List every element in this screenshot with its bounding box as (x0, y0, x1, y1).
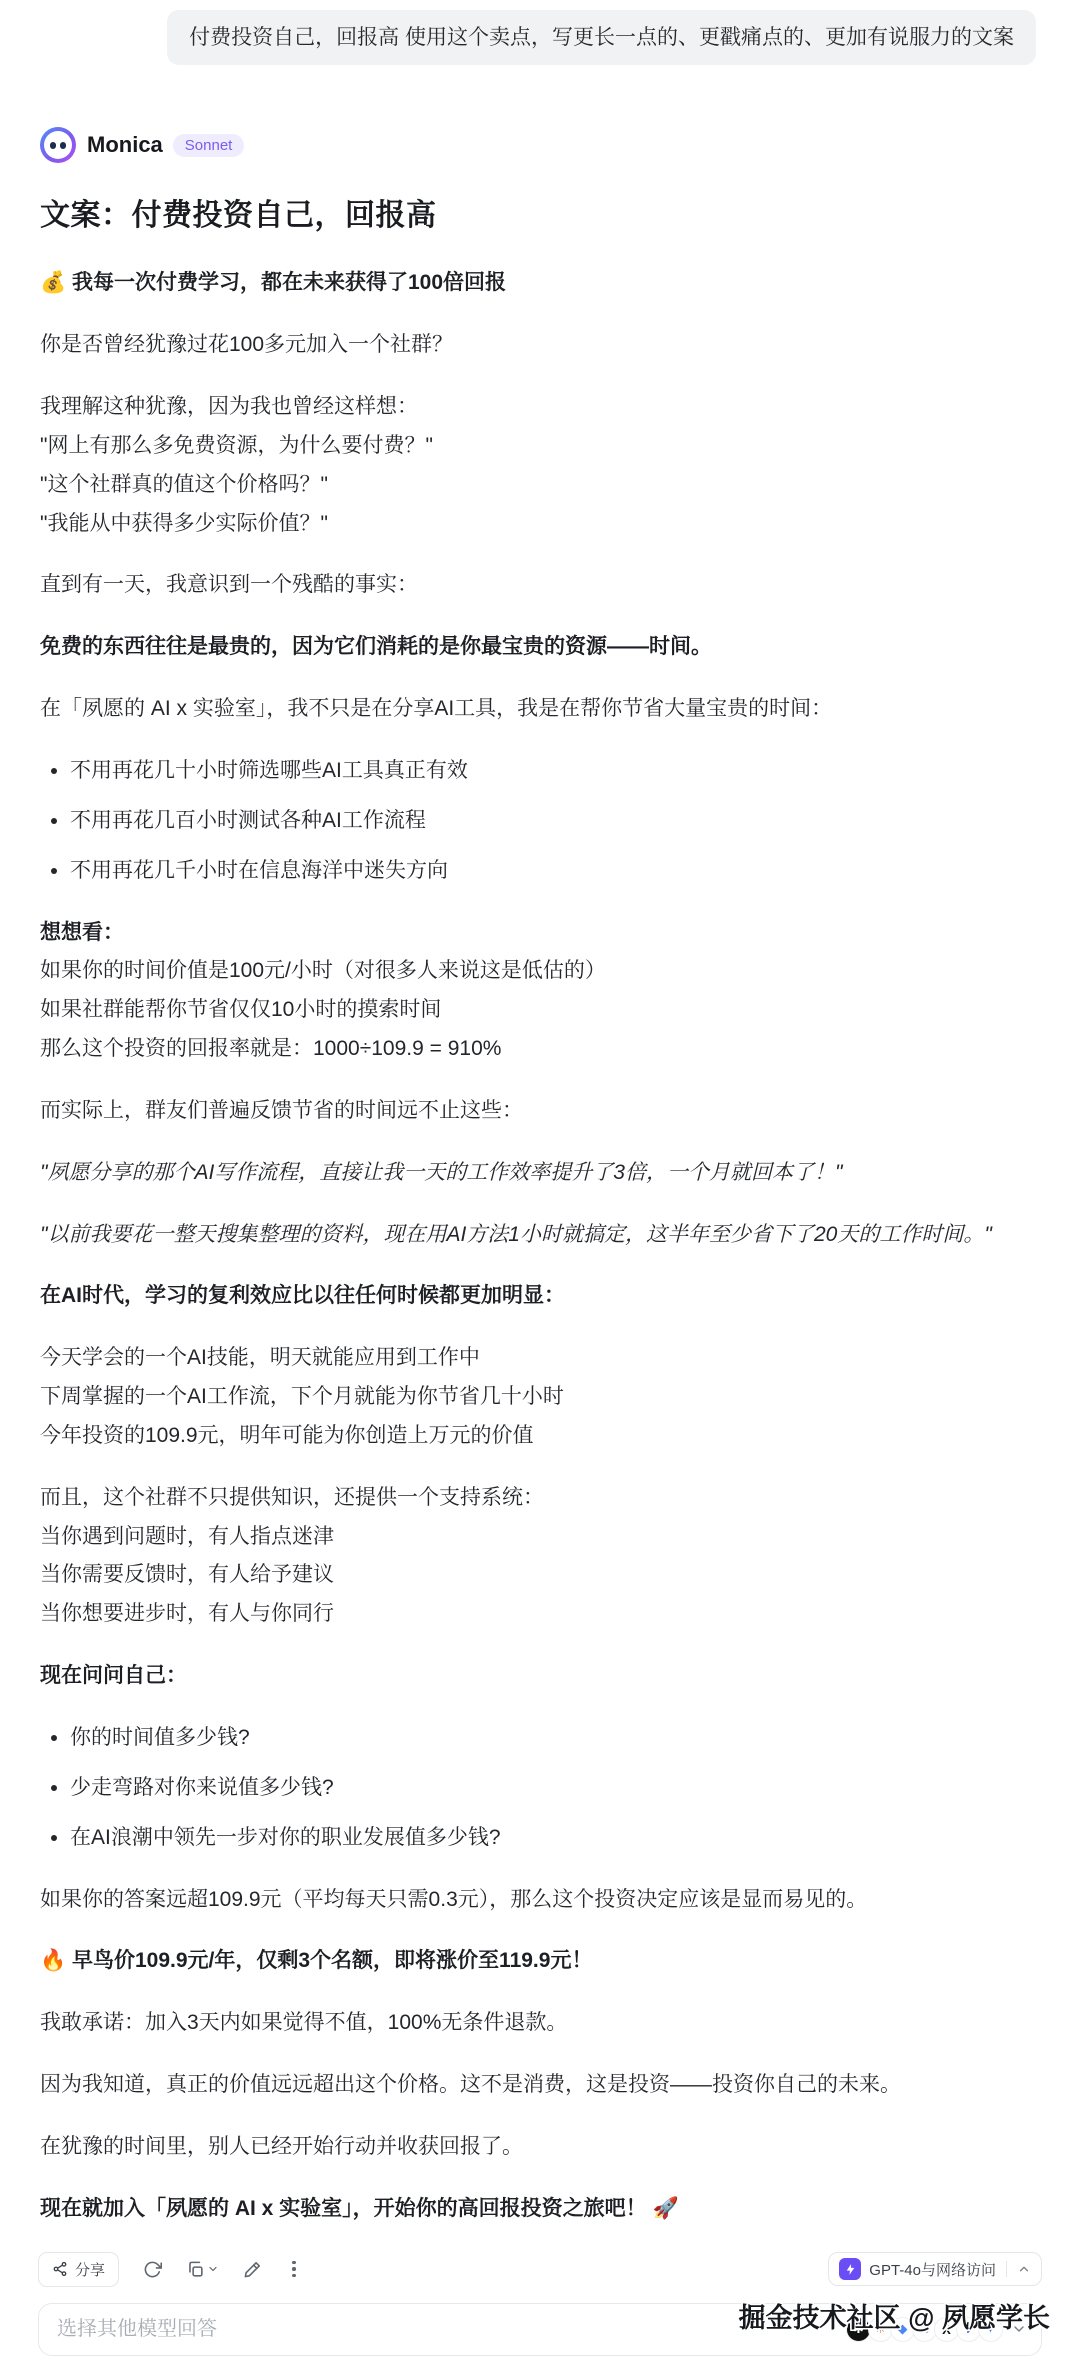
ask-other-model-input[interactable] (57, 2318, 846, 2341)
rewrite-button[interactable] (243, 2260, 262, 2279)
paragraph: 如果你的时间价值是100元/小时（对很多人来说这是低估的）如果社群能帮你节省仅仅… (40, 952, 1036, 1069)
model-badge: Sonnet (173, 134, 245, 157)
paragraph: 我敢承诺：加入3天内如果觉得不值，100%无条件退款。 (40, 2004, 1036, 2043)
user-message-row: 付费投资自己，回报高 使用这个卖点，写更长一点的、更戳痛点的、更加有说服力的文案 (0, 0, 1080, 65)
collapse-chevron-up-icon (1017, 2262, 1031, 2276)
paragraph: 而且，这个社群不只提供知识，还提供一个支持系统：当你遇到问题时，有人指点迷津当你… (40, 1479, 1036, 1634)
paragraph: 你是否曾经犹豫过花100多元加入一个社群？ (40, 326, 1036, 365)
copy-button[interactable] (186, 2260, 219, 2279)
copy-options-chevron-icon (207, 2263, 219, 2275)
paragraph: 直到有一天，我意识到一个残酷的事实： (40, 566, 1036, 605)
watermark: 掘金技术社区 @ 夙愿学长 (739, 2296, 1050, 2335)
bold-paragraph: 💰 我每一次付费学习，都在未来获得了100倍回报 (40, 264, 1036, 303)
paragraph: 因为我知道，真正的价值远远超出这个价格。这不是消费，这是投资——投资你自己的未来… (40, 2066, 1036, 2105)
bullet-item: 少走弯路对你来说值多少钱? (70, 1769, 1036, 1808)
response-toolbar: 分享 GPT-4o与网络访问 (38, 2252, 1042, 2287)
paragraph: 在犹豫的时间里，别人已经开始行动并收获回报了。 (40, 2128, 1036, 2167)
bullet-item: 不用再花几十小时筛选哪些AI工具真正有效 (70, 752, 1036, 791)
page-title: 文案：付费投资自己，回报高 (40, 190, 1036, 234)
bold-paragraph: 在AI时代，学习的复利效应比以往任何时候都更加明显： (40, 1277, 1036, 1316)
bullet-item: 不用再花几百小时测试各种AI工作流程 (70, 802, 1036, 841)
share-icon (52, 2261, 68, 2277)
bullet-list: 你的时间值多少钱?少走弯路对你来说值多少钱?在AI浪潮中领先一步对你的职业发展值… (40, 1719, 1036, 1858)
share-button[interactable]: 分享 (38, 2252, 119, 2287)
paragraph: 在「夙愿的 AI x 实验室」，我不只是在分享AI工具，我是在帮你节省大量宝贵的… (40, 690, 1036, 729)
bullet-item: 你的时间值多少钱? (70, 1719, 1036, 1758)
article-body: 💰 我每一次付费学习，都在未来获得了100倍回报你是否曾经犹豫过花100多元加入… (40, 264, 1036, 2228)
paragraph: 如果你的答案远超109.9元（平均每天只需0.3元），那么这个投资决定应该是显而… (40, 1881, 1036, 1920)
bullet-list: 不用再花几十小时筛选哪些AI工具真正有效不用再花几百小时测试各种AI工作流程不用… (40, 752, 1036, 891)
paragraph: 我理解这种犹豫，因为我也曾经这样想："网上有那么多免费资源，为什么要付费？""这… (40, 388, 1036, 543)
bold-paragraph: 🔥 早鸟价109.9元/年，仅剩3个名额，即将涨价至119.9元！ (40, 1942, 1036, 1981)
more-options-button[interactable] (286, 2259, 302, 2280)
bold-paragraph: 免费的东西往往是最贵的，因为它们消耗的是你最宝贵的资源——时间。 (40, 628, 1036, 667)
quote-paragraph: "以前我要花一整天搜集整理的资料，现在用AI方法1小时就搞定，这半年至少省下了2… (40, 1216, 1036, 1255)
bullet-item: 不用再花几千小时在信息海洋中迷失方向 (70, 852, 1036, 891)
bold-paragraph: 想想看： (40, 914, 1036, 953)
bold-paragraph: 现在问问自己： (40, 1657, 1036, 1696)
paragraph: 今天学会的一个AI技能，明天就能应用到工作中下周掌握的一个AI工作流，下个月就能… (40, 1339, 1036, 1456)
rewrite-pen-icon (243, 2260, 262, 2279)
gpt4o-model-icon (839, 2258, 861, 2280)
regenerate-icon (143, 2260, 162, 2279)
quote-paragraph: "夙愿分享的那个AI写作流程，直接让我一天的工作效率提升了3倍，一个月就回本了！… (40, 1154, 1036, 1193)
assistant-name: Monica (87, 132, 163, 158)
model-selector-label: GPT-4o与网络访问 (869, 2259, 996, 2280)
user-message-bubble: 付费投资自己，回报高 使用这个卖点，写更长一点的、更戳痛点的、更加有说服力的文案 (167, 10, 1036, 65)
monica-avatar (40, 127, 76, 163)
share-button-label: 分享 (75, 2259, 105, 2280)
assistant-header: Monica Sonnet (40, 127, 1036, 163)
regenerate-button[interactable] (143, 2260, 162, 2279)
paragraph: 而实际上，群友们普遍反馈节省的时间远不止这些： (40, 1092, 1036, 1131)
model-selector-button[interactable]: GPT-4o与网络访问 (828, 2252, 1042, 2286)
bold-paragraph: 现在就加入「夙愿的 AI x 实验室」，开始你的高回报投资之旅吧！ 🚀 (40, 2190, 1036, 2229)
bullet-item: 在AI浪潮中领先一步对你的职业发展值多少钱? (70, 1819, 1036, 1858)
model-selector-divider (1006, 2261, 1007, 2277)
copy-icon (186, 2260, 205, 2279)
